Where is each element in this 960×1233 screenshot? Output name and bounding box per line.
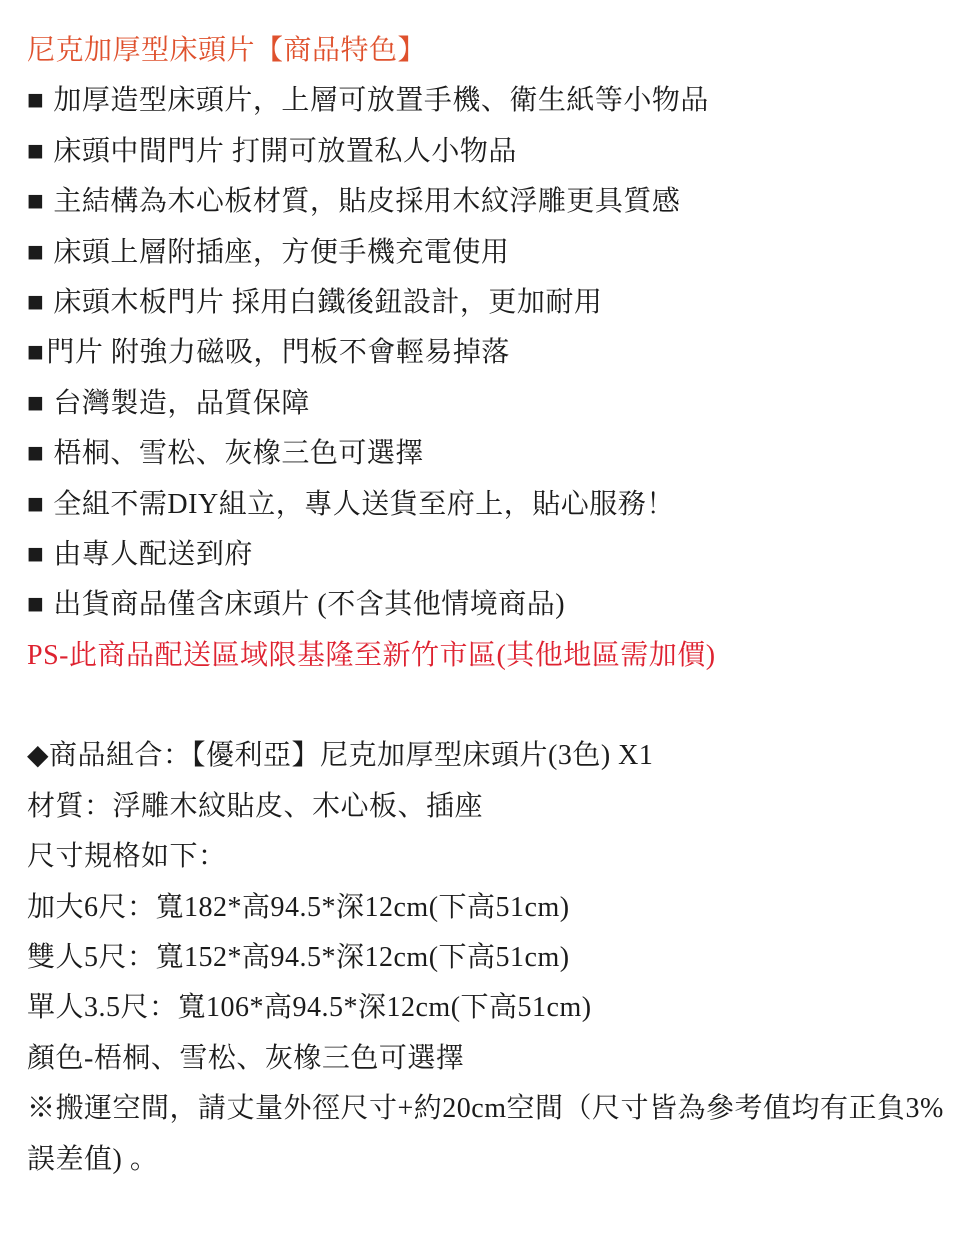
feature-item: ■出貨商品僅含床頭片 (不含其他情境商品) xyxy=(27,580,942,630)
size-spec-double: 雙人5尺：寬152*高94.5*深12cm(下高51cm) xyxy=(27,933,942,983)
size-spec-heading: 尺寸規格如下： xyxy=(27,832,942,882)
bullet-square-icon: ■ xyxy=(27,136,44,167)
bullet-square-icon: ■ xyxy=(27,388,44,419)
bullet-square-icon: ■ xyxy=(27,287,44,318)
size-spec-king: 加大6尺：寬182*高94.5*深12cm(下高51cm) xyxy=(27,883,942,933)
feature-item: ■床頭上層附插座，方便手機充電使用 xyxy=(27,228,942,278)
feature-text: 全組不需DIY組立，專人送貨至府上，貼心服務！ xyxy=(53,489,674,520)
feature-item: ■梧桐、雪松、灰橡三色可選擇 xyxy=(27,429,942,479)
feature-text: 由專人配送到府 xyxy=(53,539,253,570)
bullet-square-icon: ■ xyxy=(27,85,44,116)
feature-text: 加厚造型床頭片，上層可放置手機、衛生紙等小物品 xyxy=(53,85,709,116)
feature-item: ■加厚造型床頭片，上層可放置手機、衛生紙等小物品 xyxy=(27,76,942,126)
feature-item: ■床頭木板門片 採用白鐵後鈕設計，更加耐用 xyxy=(27,278,942,328)
bullet-square-icon: ■ xyxy=(27,539,44,570)
bullet-square-icon: ■ xyxy=(27,237,44,268)
feature-item: ■由專人配送到府 xyxy=(27,530,942,580)
feature-item: ■門片 附強力磁吸，門板不會輕易掉落 xyxy=(27,328,942,378)
bullet-square-icon: ■ xyxy=(27,438,44,469)
feature-text: 床頭中間門片 打開可放置私人小物品 xyxy=(53,136,517,167)
bullet-square-icon: ■ xyxy=(27,489,44,520)
moving-space-note-line1: ※搬運空間，請丈量外徑尺寸+約20cm空間（尺寸皆為參考值均有正負3% xyxy=(27,1084,942,1134)
blank-spacer-line xyxy=(27,681,942,731)
size-spec-single: 單人3.5尺：寬106*高94.5*深12cm(下高51cm) xyxy=(27,983,942,1033)
page-title: 尼克加厚型床頭片【商品特色】 xyxy=(27,26,942,76)
color-options: 顏色-梧桐、雪松、灰橡三色可選擇 xyxy=(27,1034,942,1084)
feature-text: 門片 附強力磁吸，門板不會輕易掉落 xyxy=(46,337,510,368)
feature-text: 床頭上層附插座，方便手機充電使用 xyxy=(53,237,509,268)
feature-item: ■床頭中間門片 打開可放置私人小物品 xyxy=(27,127,942,177)
shipping-area-note: PS-此商品配送區域限基隆至新竹市區(其他地區需加價) xyxy=(27,631,942,681)
feature-item: ■主結構為木心板材質，貼皮採用木紋浮雕更具質感 xyxy=(27,177,942,227)
moving-space-note-line2: 誤差值) 。 xyxy=(27,1135,942,1185)
feature-text: 出貨商品僅含床頭片 (不含其他情境商品) xyxy=(53,589,565,620)
feature-item: ■全組不需DIY組立，專人送貨至府上，貼心服務！ xyxy=(27,480,942,530)
feature-text: 主結構為木心板材質，貼皮採用木紋浮雕更具質感 xyxy=(53,186,680,217)
feature-text: 床頭木板門片 採用白鐵後鈕設計，更加耐用 xyxy=(53,287,602,318)
bullet-square-icon: ■ xyxy=(27,589,44,620)
bullet-square-icon: ■ xyxy=(27,186,44,217)
feature-text: 梧桐、雪松、灰橡三色可選擇 xyxy=(53,438,424,469)
feature-text: 台灣製造，品質保障 xyxy=(53,388,310,419)
product-combo: ◆商品組合：【優利亞】尼克加厚型床頭片(3色) X1 xyxy=(27,731,942,781)
product-description-page: 尼克加厚型床頭片【商品特色】 ■加厚造型床頭片，上層可放置手機、衛生紙等小物品 … xyxy=(0,0,960,1185)
bullet-square-icon: ■ xyxy=(27,337,44,368)
product-material: 材質：浮雕木紋貼皮、木心板、插座 xyxy=(27,782,942,832)
feature-item: ■台灣製造，品質保障 xyxy=(27,379,942,429)
